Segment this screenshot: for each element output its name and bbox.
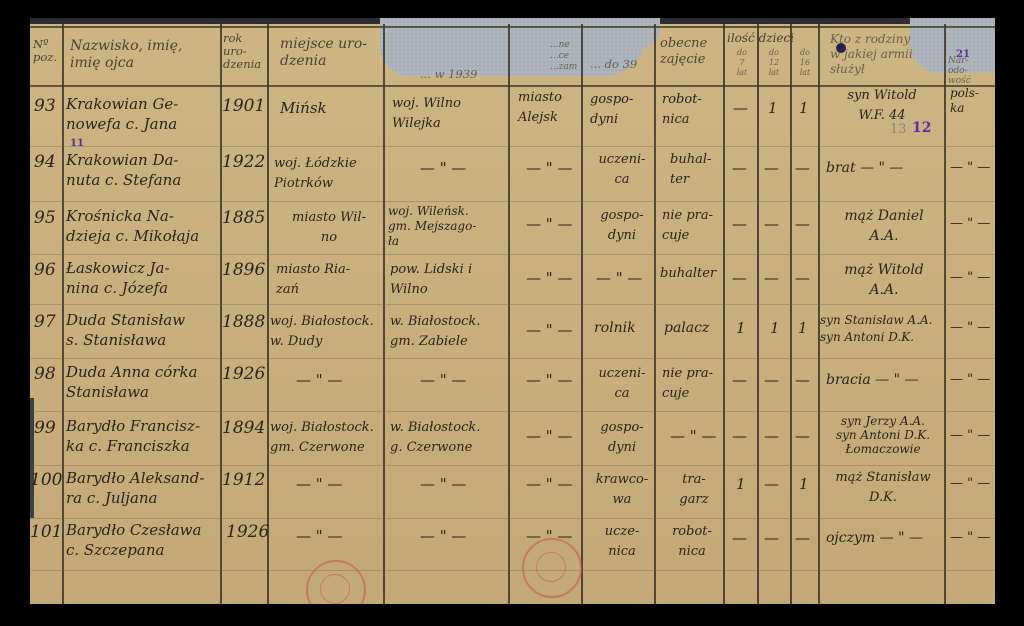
column-divider xyxy=(790,24,792,604)
torn-paper-area xyxy=(630,18,660,48)
row-residence-1939: w. Białostock. g. Czerwone xyxy=(390,418,506,458)
row-relatives: bracia — " — xyxy=(826,370,918,390)
row-children-16: — xyxy=(795,158,810,178)
row-nationality: pols- ka xyxy=(950,86,994,116)
header-children-12: do 12 lat xyxy=(761,48,787,78)
row-name: Krośnicka Na- dzieja c. Mikołaja xyxy=(66,206,220,246)
row-occupation-now: — " — xyxy=(670,426,716,446)
row-children-16: — xyxy=(795,268,810,288)
row-children-7: — xyxy=(733,98,748,118)
row-occupation-now: buhalter xyxy=(660,264,716,284)
column-divider xyxy=(757,24,759,604)
row-residence-1939: woj. Wileńsk. gm. Mejszago- ła xyxy=(388,204,506,249)
row-occupation-prev: ucze- nica xyxy=(592,522,652,562)
row-children-16: 1 xyxy=(799,474,809,494)
row-birth-year: 1888 xyxy=(222,312,265,332)
row-children-12: — xyxy=(764,214,779,234)
header-no: Nº poz. xyxy=(33,38,61,64)
row-name: Krakowian Da- nuta c. Stefana xyxy=(66,150,220,190)
row-children-16: — xyxy=(795,370,810,390)
row-children-7: — xyxy=(732,528,747,548)
column-divider xyxy=(62,24,64,604)
row-children-7: — xyxy=(732,268,747,288)
row-occupation-prev: uczeni- ca xyxy=(592,150,652,190)
row-birth-year: 1885 xyxy=(222,208,265,228)
row-children-12: — xyxy=(764,474,779,494)
row-children-7: — xyxy=(732,370,747,390)
purple-mark: 21 xyxy=(956,48,970,61)
header-occupation-prev: ... do 39 xyxy=(590,58,652,71)
row-occupation-prev: krawco- wa xyxy=(592,470,652,510)
row-occupation-prev: gospo- dyni xyxy=(592,418,652,458)
row-name: Barydło Czesława c. Szczepana xyxy=(66,520,226,560)
row-relatives: syn Stanisław A.A. syn Antoni D.K. xyxy=(820,312,944,346)
row-occupation-now: nie pra- cuje xyxy=(662,364,722,404)
row-children-7: 1 xyxy=(736,474,746,494)
registry-sheet: Nº poz. Nazwisko, imię, imię ojca rok ur… xyxy=(30,18,995,604)
row-children-7: 1 xyxy=(736,318,746,338)
row-birth-year: 1896 xyxy=(222,260,265,280)
row-birth-place: woj. Łódzkie Piotrków xyxy=(274,154,382,194)
row-relatives: syn Jerzy A.A. syn Antoni D.K. Łomaczowi… xyxy=(822,414,944,456)
row-nationality: — " — xyxy=(950,370,990,390)
row-birth-place: — " — xyxy=(296,474,342,494)
row-name: Duda Anna córka Stanisława xyxy=(66,362,220,402)
header-children-16: do 16 lat xyxy=(792,48,818,78)
row-birth-place: woj. Białostock. w. Dudy xyxy=(270,312,382,352)
row-line xyxy=(30,254,995,255)
column-divider xyxy=(383,24,385,604)
row-birth-year: 1926 xyxy=(222,364,265,384)
row-children-12: — xyxy=(764,158,779,178)
row-occupation-prev: rolnik xyxy=(594,318,636,338)
torn-paper-area xyxy=(30,398,34,518)
row-birth-place: — " — xyxy=(296,370,342,390)
row-children-12: — xyxy=(764,370,779,390)
row-children-16: — xyxy=(795,426,810,446)
row-no: 93 xyxy=(34,96,56,116)
archive-stamp xyxy=(306,560,366,604)
column-divider xyxy=(944,24,946,604)
purple-annotation: 12 xyxy=(912,118,931,138)
row-nationality: — " — xyxy=(950,158,990,178)
row-relatives: ojczym — " — xyxy=(826,528,923,548)
row-relatives: mąż Stanisław D.K. xyxy=(824,468,942,508)
column-divider xyxy=(581,24,583,604)
row-residence-1939: w. Białostock. gm. Zabiele xyxy=(390,312,506,352)
ink-blot xyxy=(836,43,846,53)
header-birth-year: rok uro- dzenia xyxy=(223,32,267,71)
row-residence-1939: woj. Wilno Wilejka xyxy=(392,94,507,134)
header-occupation-now: obecne zajęcie xyxy=(660,36,722,68)
row-occupation-prev: uczeni- ca xyxy=(592,364,652,404)
row-name: Krakowian Ge- nowefa c. Jana xyxy=(66,94,220,134)
row-residence-now: — " — xyxy=(526,426,572,446)
row-no: 97 xyxy=(34,312,56,332)
row-residence-now: — " — xyxy=(526,214,572,234)
column-divider xyxy=(654,24,656,604)
row-birth-year: 1922 xyxy=(222,152,265,172)
row-residence-1939: — " — xyxy=(420,158,466,178)
row-residence-1939: — " — xyxy=(420,474,466,494)
row-birth-year: 1901 xyxy=(222,96,265,116)
row-relatives: mąż Witold A.A. xyxy=(826,260,942,300)
row-line xyxy=(30,304,995,305)
row-name: Duda Stanisław s. Stanisława xyxy=(66,310,220,350)
row-no: 95 xyxy=(34,208,56,228)
row-relatives: brat — " — xyxy=(826,158,903,178)
row-name: Barydło Francisz- ka c. Franciszka xyxy=(66,416,220,456)
row-children-7: — xyxy=(732,426,747,446)
row-birth-place: miasto Wil- no xyxy=(276,208,382,248)
row-nationality: — " — xyxy=(950,318,990,338)
header-top-line xyxy=(30,26,995,28)
row-line xyxy=(30,570,995,571)
row-children-7: — xyxy=(732,214,747,234)
row-residence-1939: pow. Lidski i Wilno xyxy=(390,260,506,300)
row-children-12: 1 xyxy=(768,98,778,118)
row-birth-place: Mińsk xyxy=(280,98,380,118)
column-divider xyxy=(723,24,725,604)
header-birth-place: miejsce uro- dzenia xyxy=(280,36,380,70)
row-children-16: — xyxy=(795,214,810,234)
column-divider xyxy=(267,24,269,604)
row-residence-now: — " — xyxy=(526,474,572,494)
row-name: Barydło Aleksand- ra c. Juljana xyxy=(66,468,220,508)
pencil-annotation: 13 xyxy=(890,120,907,140)
row-children-12: — xyxy=(764,426,779,446)
row-residence-now: — " — xyxy=(526,370,572,390)
header-name: Nazwisko, imię, imię ojca xyxy=(70,38,218,72)
header-children: ilość dzieci xyxy=(727,32,817,45)
row-line xyxy=(30,201,995,202)
row-nationality: — " — xyxy=(950,528,990,548)
row-nationality: — " — xyxy=(950,214,990,234)
row-occupation-prev: — " — xyxy=(596,268,642,288)
header-children-7: do 7 lat xyxy=(729,48,755,78)
row-children-16: 1 xyxy=(798,318,808,338)
row-line xyxy=(30,465,995,466)
header-nationality: Nar- odo- wość xyxy=(948,56,992,86)
row-birth-place: miasto Ria- zań xyxy=(276,260,382,300)
row-line xyxy=(30,518,995,519)
header-relatives: Kto z rodziny w jakiej armii służył xyxy=(830,32,940,77)
row-no: 98 xyxy=(34,364,56,384)
row-occupation-now: tra- garz xyxy=(666,470,722,510)
row-occupation-prev: gospo- dyni xyxy=(590,90,652,130)
row-nationality: — " — xyxy=(950,268,990,288)
row-residence-now: — " — xyxy=(526,158,572,178)
row-residence-now: — " — xyxy=(526,320,572,340)
row-children-7: — xyxy=(732,158,747,178)
row-birth-year: 1894 xyxy=(222,418,265,438)
header-residence-1939: ... w 1939 xyxy=(420,68,500,81)
row-occupation-now: robot- nica xyxy=(662,522,722,562)
row-nationality: — " — xyxy=(950,426,990,446)
row-children-16: 1 xyxy=(799,98,809,118)
row-occupation-now: nie pra- cuje xyxy=(662,206,722,246)
row-birth-place: woj. Białostock. gm. Czerwone xyxy=(270,418,382,458)
row-line xyxy=(30,358,995,359)
row-no: 101 xyxy=(30,522,62,542)
row-name: Łaskowicz Ja- nina c. Józefa xyxy=(66,258,220,298)
row-residence-1939: — " — xyxy=(420,526,466,546)
row-residence-now: miasto Alejsk xyxy=(518,88,580,128)
row-no: 100 xyxy=(30,470,62,490)
row-children-12: — xyxy=(764,268,779,288)
row-birth-year: 1912 xyxy=(222,470,265,490)
row-occupation-now: palacz xyxy=(664,318,709,338)
header-residence-now: ...ne ...ce ...zam xyxy=(550,40,580,73)
row-line xyxy=(30,411,995,412)
archive-stamp xyxy=(522,538,582,598)
row-birth-year: 1926 xyxy=(226,522,269,542)
row-no: 99 xyxy=(34,418,56,438)
row-no: 96 xyxy=(34,260,56,280)
row-children-12: 1 xyxy=(770,318,780,338)
row-birth-place: — " — xyxy=(296,526,342,546)
row-line xyxy=(30,146,995,147)
row-children-12: — xyxy=(764,528,779,548)
row-occupation-now: buhal- ter xyxy=(670,150,722,190)
row-nationality: — " — xyxy=(950,474,990,494)
row-occupation-now: robot- nica xyxy=(662,90,722,130)
row-children-16: — xyxy=(795,528,810,548)
row-occupation-prev: gospo- dyni xyxy=(592,206,652,246)
row-residence-now: — " — xyxy=(526,268,572,288)
row-residence-1939: — " — xyxy=(420,370,466,390)
row-relatives: mąż Daniel A.A. xyxy=(826,206,942,246)
row-no: 94 xyxy=(34,152,56,172)
column-divider xyxy=(508,24,510,604)
